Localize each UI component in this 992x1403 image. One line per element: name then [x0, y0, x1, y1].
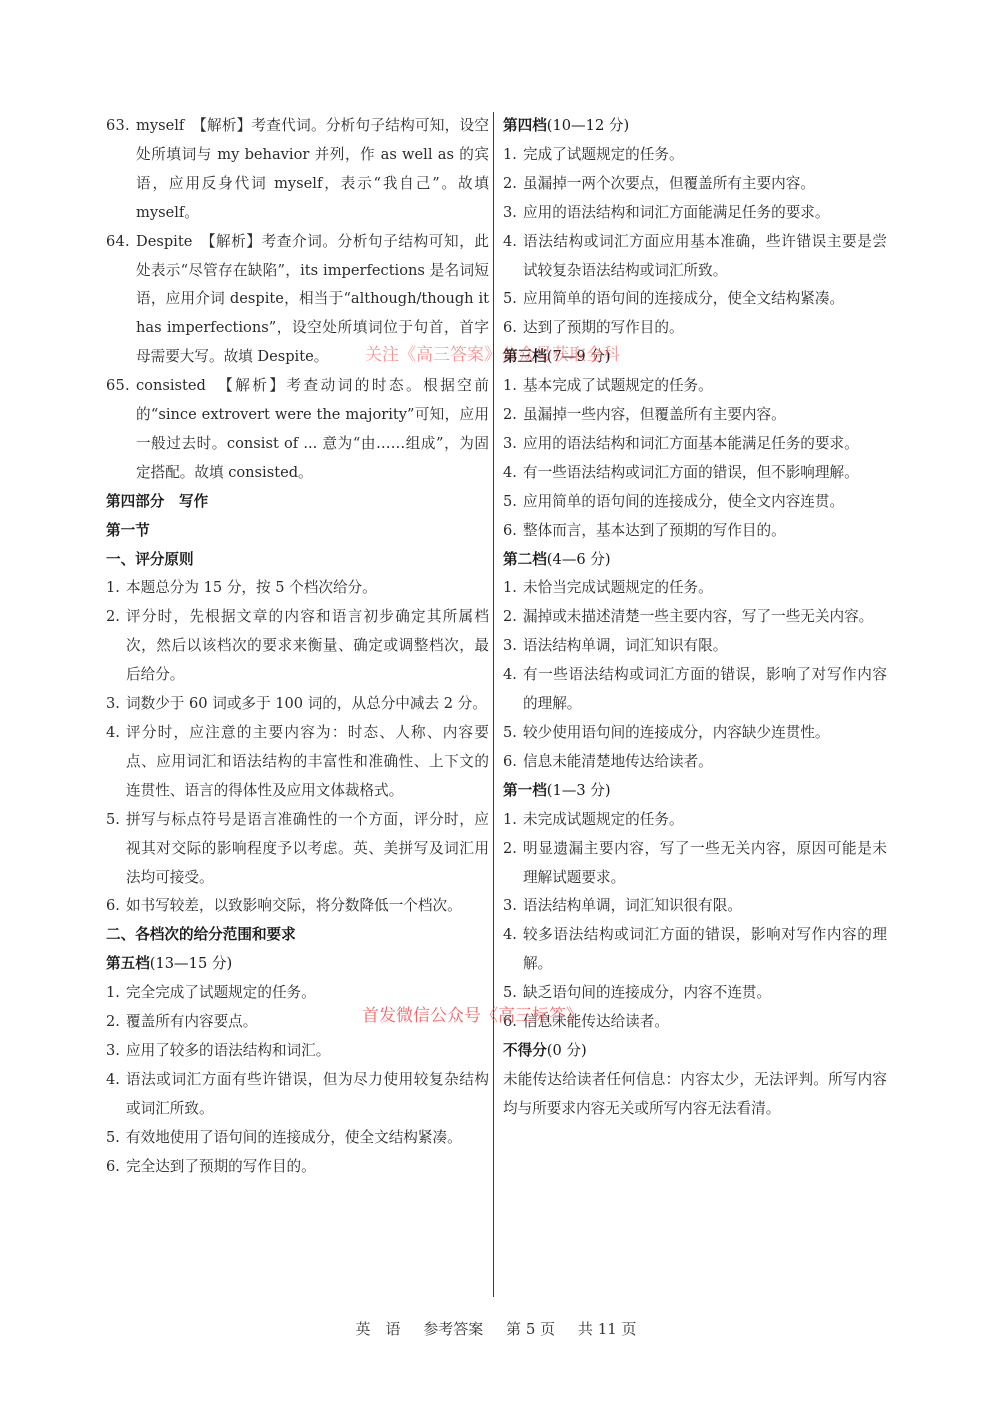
item-index: 6. — [106, 892, 120, 921]
item-text: 有效地使用了语句间的连接成分，使全文结构紧凑。 — [106, 1124, 489, 1153]
item-index: 6. — [503, 314, 517, 343]
answer-number: 64. — [106, 228, 130, 257]
answer-63: 63. myself 【解析】考查代词。分析句子结构可知，设空处所填词与 my … — [106, 112, 489, 228]
item-text: 语法或词汇方面有些许错误，但为尽力使用较复杂结构或词汇所致。 — [106, 1066, 489, 1124]
list-item: 6. 完全达到了预期的写作目的。 — [106, 1153, 489, 1182]
list-item: 3. 语法结构单调，词汇知识有限。 — [503, 632, 887, 661]
ranges-title: 二、各档次的给分范围和要求 — [106, 921, 489, 950]
item-text: 应用简单的语句间的连接成分，使全文结构紧凑。 — [503, 285, 887, 314]
item-index: 3. — [503, 632, 517, 661]
item-text: 漏掉或未描述清楚一些主要内容，写了一些无关内容。 — [503, 603, 887, 632]
list-item: 1. 基本完成了试题规定的任务。 — [503, 372, 887, 401]
item-index: 6. — [106, 1153, 120, 1182]
list-item: 4. 有一些语法结构或词汇方面的错误，但不影响理解。 — [503, 459, 887, 488]
list-item: 4. 语法或词汇方面有些许错误，但为尽力使用较复杂结构或词汇所致。 — [106, 1066, 489, 1124]
item-index: 4. — [503, 921, 517, 950]
list-item: 2. 评分时，先根据文章的内容和语言初步确定其所属档次，然后以该档次的要求来衡量… — [106, 603, 489, 690]
item-text: 较少使用语句间的连接成分，内容缺少连贯性。 — [503, 719, 887, 748]
item-text: 信息未能传达给读者。 — [503, 1008, 887, 1037]
item-index: 1. — [106, 574, 120, 603]
item-index: 5. — [503, 719, 517, 748]
section-title: 第一节 — [106, 517, 489, 546]
answer-text: consisted 【解析】考查动词的时态。根据空前的“since extrov… — [106, 372, 489, 488]
list-item: 4. 评分时，应注意的主要内容为：时态、人称、内容要点、应用词汇和语法结构的丰富… — [106, 719, 489, 806]
tier3-heading: 第三档(7—9 分) — [503, 343, 887, 372]
tier-label: 第一档 — [503, 782, 547, 799]
item-index: 5. — [503, 285, 517, 314]
principles-list: 1. 本题总分为 15 分，按 5 个档次给分。 2. 评分时，先根据文章的内容… — [106, 574, 489, 921]
item-text: 有一些语法结构或词汇方面的错误，但不影响理解。 — [503, 459, 887, 488]
footer-doc-type: 参考答案 — [423, 1320, 483, 1338]
item-index: 3. — [503, 199, 517, 228]
list-item: 3. 词数少于 60 词或多于 100 词的，从总分中减去 2 分。 — [106, 690, 489, 719]
list-item: 3. 应用了较多的语法结构和词汇。 — [106, 1037, 489, 1066]
list-item: 3. 应用的语法结构和词汇方面基本能满足任务的要求。 — [503, 430, 887, 459]
list-item: 6. 信息未能清楚地传达给读者。 — [503, 748, 887, 777]
item-text: 完全达到了预期的写作目的。 — [106, 1153, 489, 1182]
item-text: 信息未能清楚地传达给读者。 — [503, 748, 887, 777]
item-index: 2. — [106, 1008, 120, 1037]
answer-key-page: 63. myself 【解析】考查代词。分析句子结构可知，设空处所填词与 my … — [0, 0, 992, 1403]
tier-label: 第四档 — [503, 117, 547, 134]
item-index: 6. — [503, 748, 517, 777]
tier1-heading: 第一档(1—3 分) — [503, 777, 887, 806]
item-text: 本题总分为 15 分，按 5 个档次给分。 — [106, 574, 489, 603]
item-index: 1. — [503, 806, 517, 835]
tier1-list: 1. 未完成试题规定的任务。 2. 明显遗漏主要内容，写了一些无关内容，原因可能… — [503, 806, 887, 1037]
tier2-heading: 第二档(4—6 分) — [503, 546, 887, 575]
item-text: 应用了较多的语法结构和词汇。 — [106, 1037, 489, 1066]
item-text: 词数少于 60 词或多于 100 词的，从总分中减去 2 分。 — [106, 690, 489, 719]
item-index: 2. — [503, 835, 517, 864]
item-index: 1. — [503, 141, 517, 170]
list-item: 4. 语法结构或词汇方面应用基本准确，些许错误主要是尝试较复杂语法结构或词汇所致… — [503, 228, 887, 286]
item-index: 6. — [503, 517, 517, 546]
item-index: 1. — [106, 979, 120, 1008]
list-item: 4. 较多语法结构或词汇方面的错误，影响对写作内容的理解。 — [503, 921, 887, 979]
list-item: 1. 本题总分为 15 分，按 5 个档次给分。 — [106, 574, 489, 603]
answer-64: 64. Despite 【解析】考查介词。分析句子结构可知，此处表示“尽管存在缺… — [106, 228, 489, 373]
item-index: 2. — [503, 170, 517, 199]
item-text: 语法结构单调，词汇知识有限。 — [503, 632, 887, 661]
footer-total-pages: 共 11 页 — [578, 1320, 637, 1338]
item-index: 5. — [503, 488, 517, 517]
item-index: 3. — [106, 1037, 120, 1066]
list-item: 6. 整体而言，基本达到了预期的写作目的。 — [503, 517, 887, 546]
item-text: 有一些语法结构或词汇方面的错误，影响了对写作内容的理解。 — [503, 661, 887, 719]
answer-65: 65. consisted 【解析】考查动词的时态。根据空前的“since ex… — [106, 372, 489, 488]
answer-number: 65. — [106, 372, 130, 401]
footer-subject: 英 语 — [355, 1320, 400, 1338]
item-index: 4. — [106, 1066, 120, 1095]
item-text: 完全完成了试题规定的任务。 — [106, 979, 489, 1008]
item-text: 虽漏掉一些内容，但覆盖所有主要内容。 — [503, 401, 887, 430]
list-item: 5. 应用简单的语句间的连接成分，使全文内容连贯。 — [503, 488, 887, 517]
list-item: 1. 完成了试题规定的任务。 — [503, 141, 887, 170]
list-item: 2. 虽漏掉一两个次要点，但覆盖所有主要内容。 — [503, 170, 887, 199]
tier5-list: 1. 完全完成了试题规定的任务。 2. 覆盖所有内容要点。 3. 应用了较多的语… — [106, 979, 489, 1181]
footer-page-number: 第 5 页 — [506, 1320, 555, 1338]
item-index: 5. — [106, 806, 120, 835]
item-text: 基本完成了试题规定的任务。 — [503, 372, 887, 401]
tier5-heading: 第五档(13—15 分) — [106, 950, 489, 979]
tier-range: (4—6 分) — [547, 551, 611, 568]
item-index: 4. — [503, 228, 517, 257]
list-item: 5. 应用简单的语句间的连接成分，使全文结构紧凑。 — [503, 285, 887, 314]
item-index: 2. — [503, 401, 517, 430]
item-text: 虽漏掉一两个次要点，但覆盖所有主要内容。 — [503, 170, 887, 199]
list-item: 2. 漏掉或未描述清楚一些主要内容，写了一些无关内容。 — [503, 603, 887, 632]
list-item: 2. 虽漏掉一些内容，但覆盖所有主要内容。 — [503, 401, 887, 430]
list-item: 1. 未恰当完成试题规定的任务。 — [503, 574, 887, 603]
tier-range: (1—3 分) — [547, 782, 611, 799]
item-text: 整体而言，基本达到了预期的写作目的。 — [503, 517, 887, 546]
item-index: 3. — [106, 690, 120, 719]
tier-label: 第三档 — [503, 348, 547, 365]
item-text: 应用简单的语句间的连接成分，使全文内容连贯。 — [503, 488, 887, 517]
tier0-heading: 不得分(0 分) — [503, 1037, 887, 1066]
tier0-text: 未能传达给读者任何信息：内容太少，无法评判。所写内容均与所要求内容无关或所写内容… — [503, 1066, 887, 1124]
tier-range: (10—12 分) — [547, 117, 629, 134]
part-title: 第四部分 写作 — [106, 488, 489, 517]
tier4-heading: 第四档(10—12 分) — [503, 112, 887, 141]
item-text: 未完成试题规定的任务。 — [503, 806, 887, 835]
page-footer: 英 语 参考答案 第 5 页 共 11 页 — [0, 1318, 992, 1339]
item-text: 语法结构或词汇方面应用基本准确，些许错误主要是尝试较复杂语法结构或词汇所致。 — [503, 228, 887, 286]
item-text: 应用的语法结构和词汇方面能满足任务的要求。 — [503, 199, 887, 228]
list-item: 2. 覆盖所有内容要点。 — [106, 1008, 489, 1037]
list-item: 6. 如书写较差，以致影响交际，将分数降低一个档次。 — [106, 892, 489, 921]
item-text: 较多语法结构或词汇方面的错误，影响对写作内容的理解。 — [503, 921, 887, 979]
tier-range: (13—15 分) — [150, 955, 232, 972]
tier-label: 第二档 — [503, 551, 547, 568]
item-index: 2. — [106, 603, 120, 632]
item-index: 1. — [503, 574, 517, 603]
item-index: 4. — [503, 459, 517, 488]
column-divider — [493, 112, 494, 1297]
item-text: 评分时，先根据文章的内容和语言初步确定其所属档次，然后以该档次的要求来衡量、确定… — [106, 603, 489, 690]
list-item: 6. 达到了预期的写作目的。 — [503, 314, 887, 343]
tier4-list: 1. 完成了试题规定的任务。 2. 虽漏掉一两个次要点，但覆盖所有主要内容。 3… — [503, 141, 887, 343]
item-index: 5. — [106, 1124, 120, 1153]
list-item: 1. 完全完成了试题规定的任务。 — [106, 979, 489, 1008]
item-text: 覆盖所有内容要点。 — [106, 1008, 489, 1037]
item-text: 语法结构单调，词汇知识很有限。 — [503, 892, 887, 921]
tier-label: 第五档 — [106, 955, 150, 972]
item-text: 如书写较差，以致影响交际，将分数降低一个档次。 — [106, 892, 489, 921]
list-item: 2. 明显遗漏主要内容，写了一些无关内容，原因可能是未理解试题要求。 — [503, 835, 887, 893]
list-item: 3. 应用的语法结构和词汇方面能满足任务的要求。 — [503, 199, 887, 228]
item-index: 5. — [503, 979, 517, 1008]
list-item: 5. 有效地使用了语句间的连接成分，使全文结构紧凑。 — [106, 1124, 489, 1153]
answer-text: myself 【解析】考查代词。分析句子结构可知，设空处所填词与 my beha… — [106, 112, 489, 228]
list-item: 5. 拼写与标点符号是语言准确性的一个方面，评分时，应视其对交际的影响程度予以考… — [106, 806, 489, 893]
item-index: 3. — [503, 892, 517, 921]
item-text: 拼写与标点符号是语言准确性的一个方面，评分时，应视其对交际的影响程度予以考虑。英… — [106, 806, 489, 893]
tier-range: (7—9 分) — [547, 348, 611, 365]
item-index: 2. — [503, 603, 517, 632]
left-column: 63. myself 【解析】考查代词。分析句子结构可知，设空处所填词与 my … — [106, 112, 489, 1181]
list-item: 3. 语法结构单调，词汇知识很有限。 — [503, 892, 887, 921]
principles-title: 一、评分原则 — [106, 546, 489, 575]
answer-number: 63. — [106, 112, 130, 141]
item-text: 达到了预期的写作目的。 — [503, 314, 887, 343]
item-text: 缺乏语句间的连接成分，内容不连贯。 — [503, 979, 887, 1008]
item-text: 评分时，应注意的主要内容为：时态、人称、内容要点、应用词汇和语法结构的丰富性和准… — [106, 719, 489, 806]
item-text: 明显遗漏主要内容，写了一些无关内容，原因可能是未理解试题要求。 — [503, 835, 887, 893]
item-index: 6. — [503, 1008, 517, 1037]
list-item: 6. 信息未能传达给读者。 — [503, 1008, 887, 1037]
tier-label: 不得分 — [503, 1042, 547, 1059]
tier3-list: 1. 基本完成了试题规定的任务。 2. 虽漏掉一些内容，但覆盖所有主要内容。 3… — [503, 372, 887, 545]
answer-text: Despite 【解析】考查介词。分析句子结构可知，此处表示“尽管存在缺陷”，i… — [106, 228, 489, 373]
item-index: 1. — [503, 372, 517, 401]
item-index: 3. — [503, 430, 517, 459]
item-index: 4. — [503, 661, 517, 690]
list-item: 5. 缺乏语句间的连接成分，内容不连贯。 — [503, 979, 887, 1008]
right-column: 第四档(10—12 分) 1. 完成了试题规定的任务。 2. 虽漏掉一两个次要点… — [503, 112, 887, 1124]
item-index: 4. — [106, 719, 120, 748]
list-item: 4. 有一些语法结构或词汇方面的错误，影响了对写作内容的理解。 — [503, 661, 887, 719]
list-item: 1. 未完成试题规定的任务。 — [503, 806, 887, 835]
item-text: 应用的语法结构和词汇方面基本能满足任务的要求。 — [503, 430, 887, 459]
item-text: 完成了试题规定的任务。 — [503, 141, 887, 170]
item-text: 未恰当完成试题规定的任务。 — [503, 574, 887, 603]
tier-range: (0 分) — [547, 1042, 587, 1059]
tier2-list: 1. 未恰当完成试题规定的任务。 2. 漏掉或未描述清楚一些主要内容，写了一些无… — [503, 574, 887, 776]
list-item: 5. 较少使用语句间的连接成分，内容缺少连贯性。 — [503, 719, 887, 748]
